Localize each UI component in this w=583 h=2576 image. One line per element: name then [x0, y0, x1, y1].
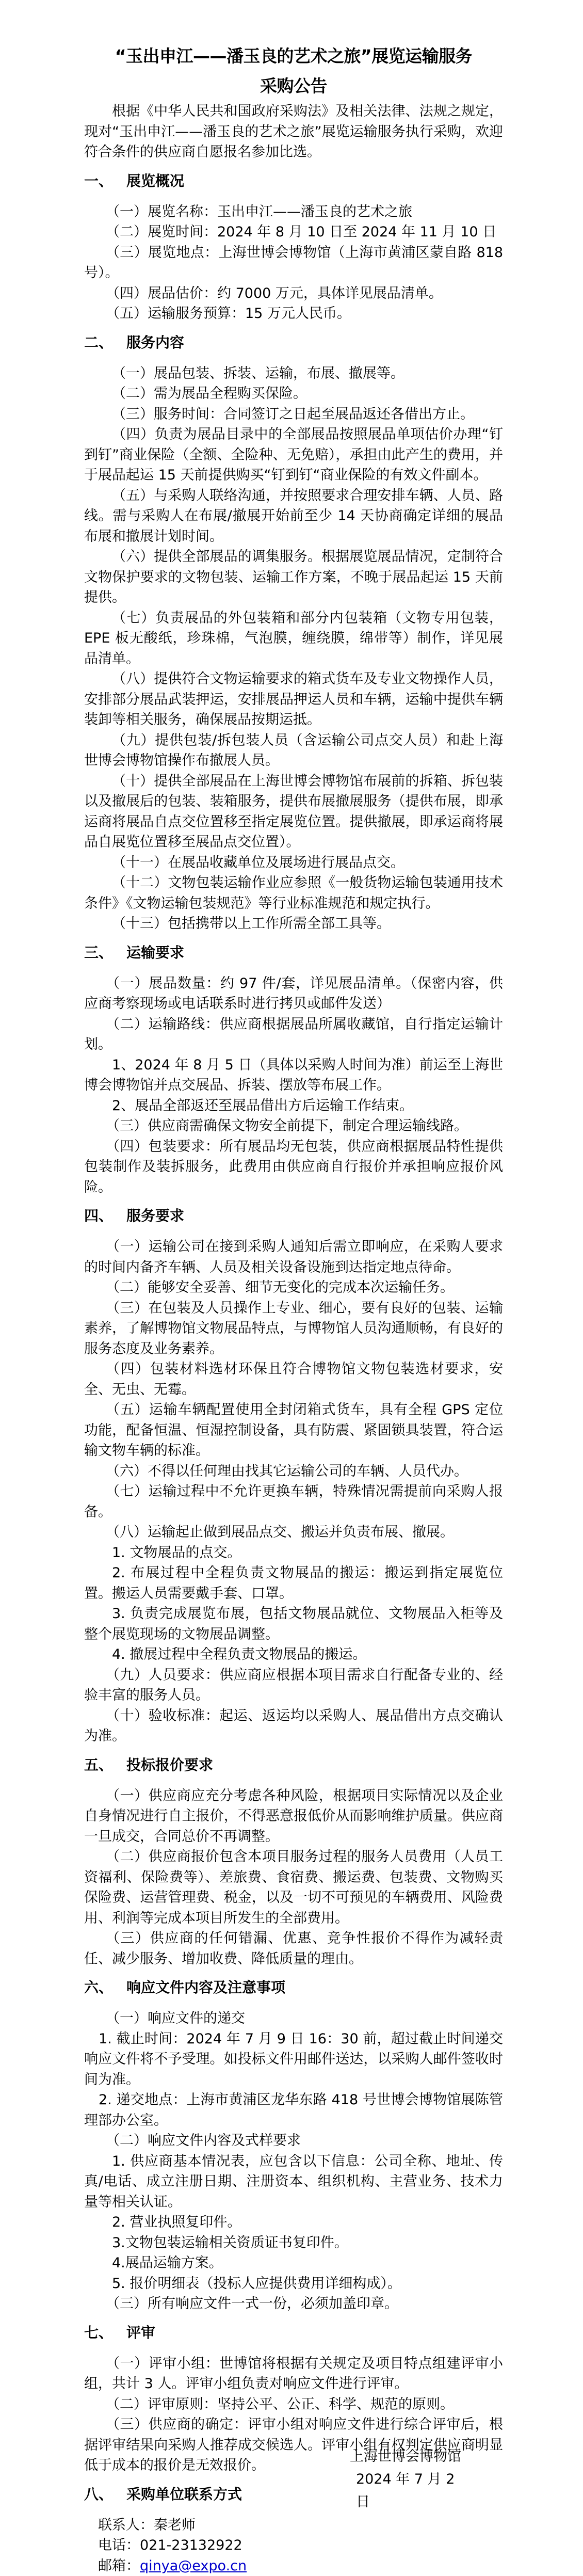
list-item: （二）展览时间：2024 年 8 月 10 日至 2024 年 11 月 10 …: [84, 222, 503, 243]
list-item: 2. 递交地点：上海市黄浦区龙华东路 418 号世博会博物馆展陈管理部办公室。: [84, 2090, 503, 2131]
list-item: （二）评审原则：坚持公平、公正、科学、规范的原则。: [84, 2394, 503, 2415]
section-number: 四、: [84, 1206, 126, 1226]
list-item: 5. 报价明细表（投标人应提供费用详细构成）。: [84, 2274, 503, 2294]
list-item: （四）包装要求：所有展品均无包装，供应商根据展品特性提供包装制作及装拆服务，此费…: [84, 1137, 503, 1198]
section-heading: 六、 响应文件内容及注意事项: [84, 1977, 503, 1998]
list-item: （四）包装材料选材环保且符合博物馆文物包装选材要求，安全、无虫、无霉。: [84, 1359, 503, 1400]
list-item: （四）展品估价：约 7000 万元，具体详见展品清单。: [84, 283, 503, 304]
section-title: 运输要求: [126, 942, 184, 963]
contact-email-label: 邮箱：: [98, 2558, 140, 2574]
contact-phone: 电话：021-23132922: [98, 2535, 503, 2556]
section-title: 采购单位联系方式: [126, 2484, 242, 2505]
section-title: 评审: [126, 2323, 155, 2343]
list-item: （十）验收标准：起运、返运均以采购人、展品借出方点交确认为准。: [84, 1706, 503, 1747]
list-item: （六）不得以任何理由找其它运输公司的车辆、人员代办。: [84, 1461, 503, 1482]
list-item: （二）需为展品全程购买保险。: [84, 383, 503, 404]
section-exhibition-overview: 一、 展览概况 （一）展览名称：玉出申江——潘玉良的艺术之旅 （二）展览时间：2…: [84, 171, 503, 324]
section-number: 七、: [84, 2323, 126, 2343]
list-item: （十）提供全部展品在上海世博会博物馆布展前的拆箱、拆包装以及撤展后的包装、装箱服…: [84, 771, 503, 853]
signature-date: 2024 年 7 月 2 日: [350, 2468, 463, 2514]
list-item: 1、2024 年 8 月 5 日（具体以采购人时间为准）前运至上海世博会博物馆并…: [84, 1055, 503, 1096]
list-item: （五）与采购人联络沟通，并按照要求合理安排车辆、人员、路线。需与采购人在布展/撤…: [84, 486, 503, 547]
list-item: （七）运输过程中不允许更换车辆，特殊情况需提前向采购人报备。: [84, 1481, 503, 1522]
list-item: （十二）文物包装运输作业应参照《一般货物运输包装通用技术条件》《文物运输包装规范…: [84, 873, 503, 914]
list-item: （三）供应商的任何错漏、优惠、竞争性报价不得作为减轻责任、减少服务、增加收费、降…: [84, 1928, 503, 1969]
list-item: 3. 负责完成展览布展，包括文物展品就位、文物展品入柜等及整个展览现场的文物展品…: [84, 1604, 503, 1644]
list-item: （三）在包装及人员操作上专业、细心，要有良好的包装、运输素养，了解博物馆文物展品…: [84, 1298, 503, 1359]
list-item: 2. 布展过程中全程负责文物展品的搬运：搬运到指定展览位置。搬运人员需要戴手套、…: [84, 1563, 503, 1604]
signature-organization: 上海世博会博物馆: [350, 2445, 463, 2468]
section-number: 五、: [84, 1755, 126, 1775]
list-item: （五）运输车辆配置使用全封闭箱式货车，具有全程 GPS 定位功能，配备恒温、恒湿…: [84, 1400, 503, 1461]
list-item: （九）提供包装/拆包装人员（含运输公司点交人员）和赴上海世博会博物馆操作布撤展人…: [84, 730, 503, 771]
contact-email: 邮箱：qinya@expo.cn: [98, 2556, 503, 2576]
list-item: （三）服务时间：合同签订之日起至展品返还各借出方止。: [84, 404, 503, 425]
list-item: （三）供应商需确保文物安全前提下，制定合理运输线路。: [84, 1116, 503, 1137]
list-item: （四）负责为展品目录中的全部展品按照展品单项估价办理“钉到钉”商业保险（全额、全…: [84, 424, 503, 486]
section-service-content: 二、 服务内容 （一）展品包装、拆装、运输，布展、撤展等。 （二）需为展品全程购…: [84, 332, 503, 934]
list-item: 1. 文物展品的点交。: [84, 1543, 503, 1563]
contact-email-link[interactable]: qinya@expo.cn: [140, 2558, 247, 2574]
list-item: （六）提供全部展品的调集服务。根据展览展品情况，定制符合文物保护要求的文物包装、…: [84, 547, 503, 608]
contact-person-label: 联系人：: [98, 2517, 154, 2533]
announcement-document: “玉出申江——潘玉良的艺术之旅”展览运输服务 采购公告 根据《中华人民共和国政府…: [84, 0, 503, 2576]
list-item: （三）展览地点：上海世博会博物馆（上海市黄浦区蒙自路 818 号）。: [84, 243, 503, 283]
section-heading: 七、 评审: [84, 2323, 503, 2343]
section-heading: 四、 服务要求: [84, 1206, 503, 1226]
title-line-2: 采购公告: [84, 71, 503, 101]
list-item: （五）运输服务预算：15 万元人民币。: [84, 303, 503, 324]
list-item: （十三）包括携带以上工作所需全部工具等。: [84, 914, 503, 934]
section-transport-requirements: 三、 运输要求 （一）展品数量：约 97 件/套，详见展品清单。（保密内容，供应…: [84, 942, 503, 1198]
list-item: 4.展品运输方案。: [84, 2253, 503, 2274]
list-item: （一）展品包装、拆装、运输，布展、撤展等。: [84, 363, 503, 384]
list-item: （二）能够安全妥善、细节无变化的完成本次运输任务。: [84, 1277, 503, 1298]
list-item: （一）响应文件的递交: [84, 2008, 503, 2029]
section-title: 服务内容: [126, 332, 184, 353]
list-item: 2、展品全部返还至展品借出方后运输工作结束。: [84, 1096, 503, 1116]
title-line-1: “玉出申江——潘玉良的艺术之旅”展览运输服务: [84, 41, 503, 71]
list-item: 3.文物包装运输相关资质证书复印件。: [84, 2233, 503, 2253]
list-item: （八）运输起止做到展品点交、搬运并负责布展、撤展。: [84, 1522, 503, 1543]
intro-paragraph: 根据《中华人民共和国政府采购法》及相关法律、法规之规定，现对“玉出申江——潘玉良…: [84, 101, 503, 163]
list-item: （一）供应商应充分考虑各种风险，根据项目实际情况以及企业自身情况进行自主报价，不…: [84, 1786, 503, 1847]
list-item: （二）运输路线：供应商根据展品所属收藏馆，自行指定运输计划。: [84, 1014, 503, 1055]
section-heading: 三、 运输要求: [84, 942, 503, 963]
list-item: （九）人员要求：供应商应根据本项目需求自行配备专业的、经验丰富的服务人员。: [84, 1665, 503, 1706]
section-response-documents: 六、 响应文件内容及注意事项 （一）响应文件的递交 1. 截止时间：2024 年…: [84, 1977, 503, 2314]
section-number: 八、: [84, 2484, 126, 2505]
contact-phone-value: 021-23132922: [140, 2537, 242, 2553]
document-title: “玉出申江——潘玉良的艺术之旅”展览运输服务 采购公告: [84, 41, 503, 101]
list-item: （二）响应文件内容及式样要求: [84, 2131, 503, 2151]
section-number: 一、: [84, 171, 126, 191]
list-item: （一）评审小组：世博馆将根据有关规定及项目特点组建评审小组，共计 3 人。评审小…: [84, 2354, 503, 2394]
signature-block: 上海世博会博物馆 2024 年 7 月 2 日: [350, 2445, 463, 2514]
section-service-requirements: 四、 服务要求 （一）运输公司在接到采购人通知后需立即响应，在采购人要求的时间内…: [84, 1206, 503, 1747]
list-item: （三）所有响应文件一式一份，必须加盖印章。: [84, 2294, 503, 2314]
list-item: （十一）在展品收藏单位及展场进行展品点交。: [84, 853, 503, 873]
list-item: 1. 供应商基本情况表，应包含以下信息：公司全称、地址、传真/电话、成立注册日期…: [84, 2151, 503, 2213]
section-heading: 一、 展览概况: [84, 171, 503, 191]
contact-block: 联系人：秦老师 电话：021-23132922 邮箱：qinya@expo.cn: [84, 2515, 503, 2576]
section-number: 二、: [84, 332, 126, 353]
contact-phone-label: 电话：: [98, 2537, 140, 2553]
list-item: 2. 营业执照复印件。: [84, 2212, 503, 2233]
section-title: 服务要求: [126, 1206, 184, 1226]
section-title: 响应文件内容及注意事项: [126, 1977, 285, 1998]
section-number: 三、: [84, 942, 126, 963]
list-item: （七）负责展品的外包装箱和部分内包装箱（文物专用包装，EPE 板无酸纸，珍珠棉，…: [84, 608, 503, 669]
section-number: 六、: [84, 1977, 126, 1998]
list-item: 4. 撤展过程中全程负责文物展品的搬运。: [84, 1644, 503, 1665]
contact-person: 联系人：秦老师: [98, 2515, 503, 2536]
list-item: 1. 截止时间：2024 年 7 月 9 日 16：30 前，超过截止时间递交响…: [84, 2029, 503, 2090]
list-item: （一）展品数量：约 97 件/套，详见展品清单。（保密内容，供应商考察现场或电话…: [84, 973, 503, 1014]
list-item: （一）运输公司在接到采购人通知后需立即响应，在采购人要求的时间内备齐车辆、人员及…: [84, 1237, 503, 1277]
section-title: 投标报价要求: [126, 1755, 213, 1775]
section-heading: 二、 服务内容: [84, 332, 503, 353]
contact-person-value: 秦老师: [154, 2517, 196, 2533]
section-bid-pricing-requirements: 五、 投标报价要求 （一）供应商应充分考虑各种风险，根据项目实际情况以及企业自身…: [84, 1755, 503, 1970]
list-item: （二）供应商报价包含本项目服务过程的服务人员费用（人员工资福利、保险费等）、差旅…: [84, 1847, 503, 1928]
list-item: （一）展览名称：玉出申江——潘玉良的艺术之旅: [84, 202, 503, 222]
section-heading: 五、 投标报价要求: [84, 1755, 503, 1775]
list-item: （八）提供符合文物运输要求的箱式货车及专业文物操作人员，安排部分展品武装押运，安…: [84, 669, 503, 730]
section-title: 展览概况: [126, 171, 184, 191]
